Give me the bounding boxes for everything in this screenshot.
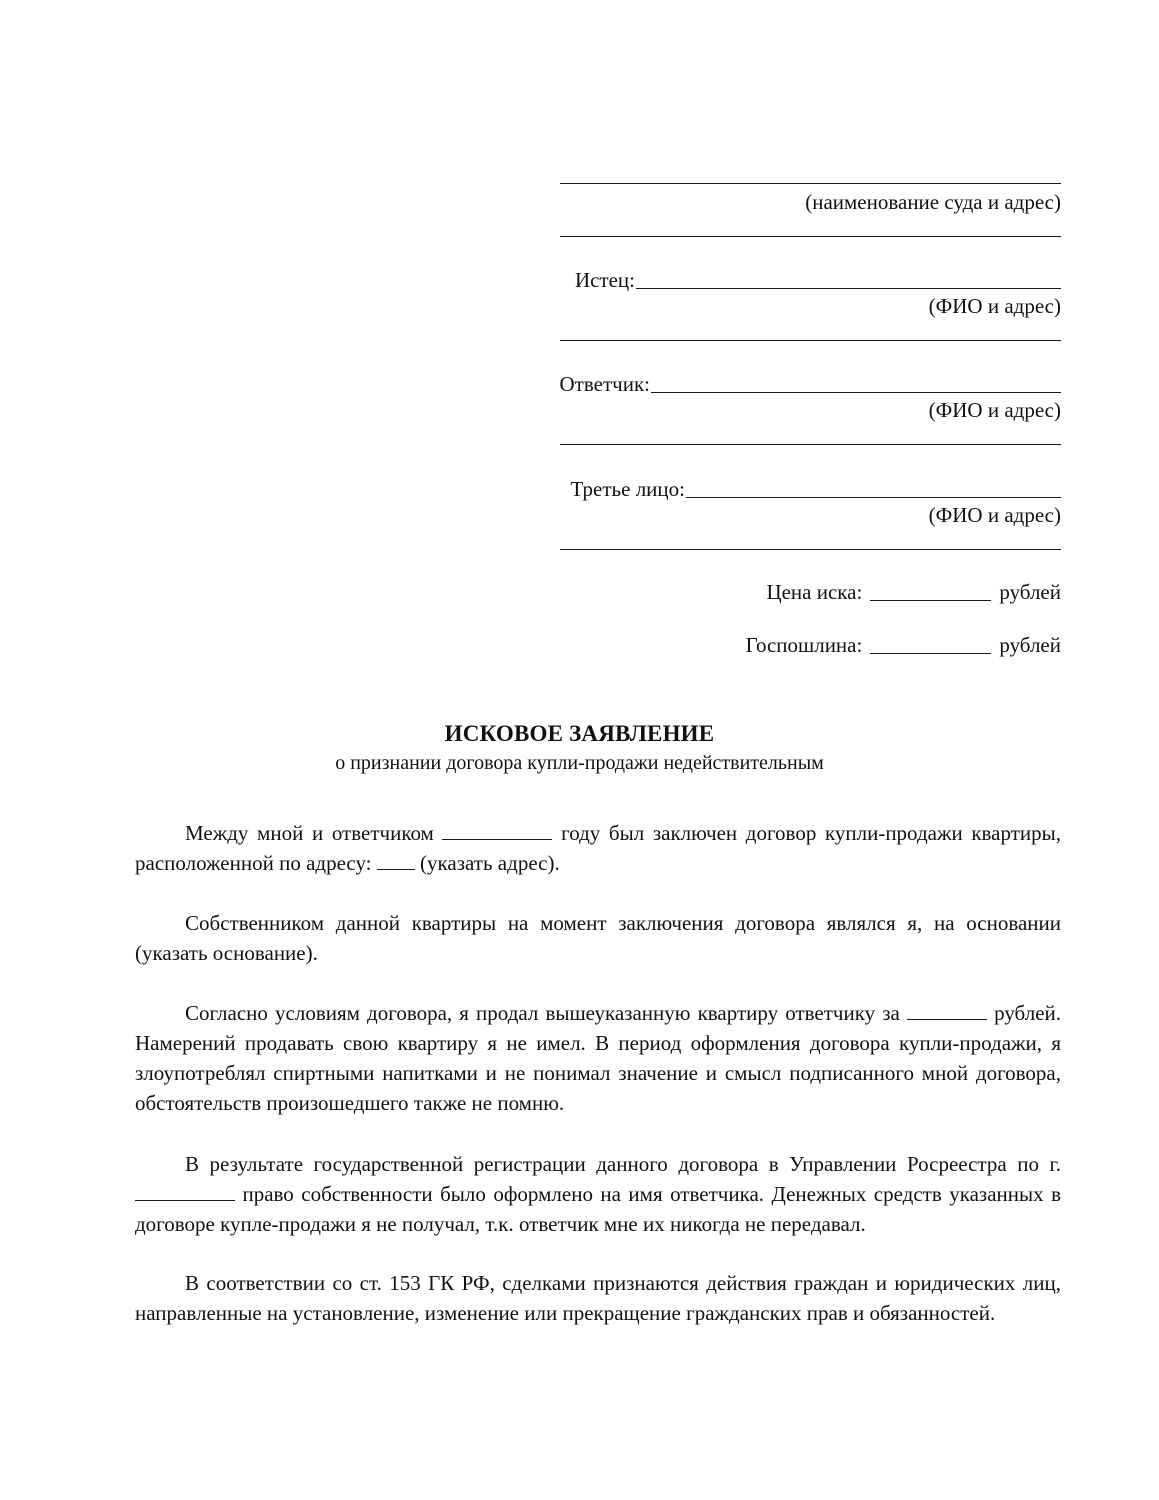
defendant-field: Ответчик: (560, 372, 1061, 396)
p3-text-a: Согласно условиям договора, я продал выш… (185, 1001, 900, 1025)
claim-price-unit: рублей (999, 580, 1061, 604)
paragraph-3: Согласно условиям договора, я продал выш… (135, 998, 1061, 1118)
defendant-address-blank-line[interactable] (560, 444, 1061, 445)
defendant-caption: (ФИО и адрес) (560, 398, 1061, 422)
p3-price-blank[interactable] (907, 1001, 987, 1020)
state-fee-field: Госпошлина: рублей (746, 633, 1061, 657)
document-title: ИСКОВОЕ ЗАЯВЛЕНИЕ (0, 720, 1159, 748)
p4-text-b: право собственности было оформлено на им… (135, 1182, 1061, 1236)
p1-text-c: (указать адрес). (420, 851, 560, 875)
third-party-caption: (ФИО и адрес) (560, 503, 1061, 527)
plaintiff-label: Истец: (575, 268, 636, 292)
third-party-address-blank-line[interactable] (560, 549, 1061, 550)
paragraph-1: Между мной и ответчиком году был заключе… (135, 818, 1061, 878)
defendant-label: Ответчик: (560, 372, 651, 396)
document-subtitle: о признании договора купли-продажи недей… (0, 750, 1159, 776)
document-page: (наименование суда и адрес) Истец: (ФИО … (0, 0, 1159, 1500)
state-fee-unit: рублей (999, 633, 1061, 657)
plaintiff-caption: (ФИО и адрес) (560, 294, 1061, 318)
court-blank-line[interactable] (560, 183, 1061, 184)
court-caption: (наименование суда и адрес) (560, 190, 1061, 214)
defendant-blank[interactable] (651, 372, 1061, 393)
plaintiff-field: Истец: (575, 268, 1061, 292)
third-party-blank[interactable] (686, 477, 1061, 498)
p4-text-a: В результате государственной регистрации… (185, 1152, 1061, 1176)
paragraph-2: Собственником данной квартиры на момент … (135, 908, 1061, 968)
state-fee-label: Госпошлина: (746, 633, 863, 657)
plaintiff-address-blank-line[interactable] (560, 340, 1061, 341)
p1-year-blank[interactable] (442, 821, 552, 840)
third-party-label: Третье лицо: (571, 477, 686, 501)
plaintiff-blank[interactable] (636, 268, 1061, 289)
paragraph-5: В соответствии со ст. 153 ГК РФ, сделкам… (135, 1268, 1061, 1328)
claim-price-field: Цена иска: рублей (766, 580, 1061, 604)
claim-price-blank[interactable] (870, 580, 991, 601)
claim-price-label: Цена иска: (766, 580, 862, 604)
state-fee-blank[interactable] (870, 633, 991, 654)
paragraph-4: В результате государственной регистрации… (135, 1149, 1061, 1239)
p4-city-blank[interactable] (135, 1182, 235, 1201)
p1-address-blank[interactable] (377, 851, 415, 870)
p5-text: В соответствии со ст. 153 ГК РФ, сделкам… (135, 1271, 1061, 1325)
third-party-field: Третье лицо: (571, 477, 1061, 501)
court-address-blank-line[interactable] (560, 236, 1061, 237)
p1-text-a: Между мной и ответчиком (185, 821, 434, 845)
p2-text: Собственником данной квартиры на момент … (135, 911, 1061, 965)
